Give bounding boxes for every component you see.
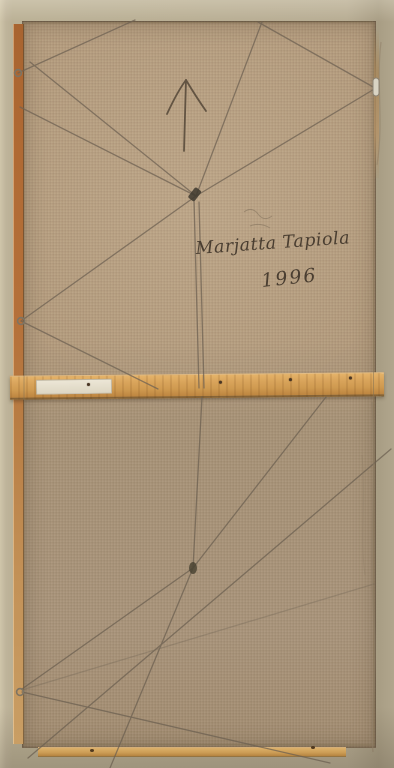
hanging-string-lower	[22, 397, 391, 768]
artwork-photo: Marjatta Tapiola 1996	[0, 0, 394, 768]
metal-eyelet-right-top	[373, 78, 379, 96]
signature-year: 1996	[260, 264, 318, 292]
pencil-scribble	[244, 209, 272, 228]
string-knot-lower	[189, 562, 197, 574]
hanging-string-upper	[18, 20, 376, 389]
artist-signature: Marjatta Tapiola	[194, 228, 351, 259]
canvas-crease	[362, 42, 381, 752]
string-knot-upper	[188, 187, 202, 202]
metal-eyelets	[15, 70, 379, 696]
orientation-arrow	[167, 80, 206, 151]
marks-overlay: Marjatta Tapiola 1996	[0, 0, 394, 768]
